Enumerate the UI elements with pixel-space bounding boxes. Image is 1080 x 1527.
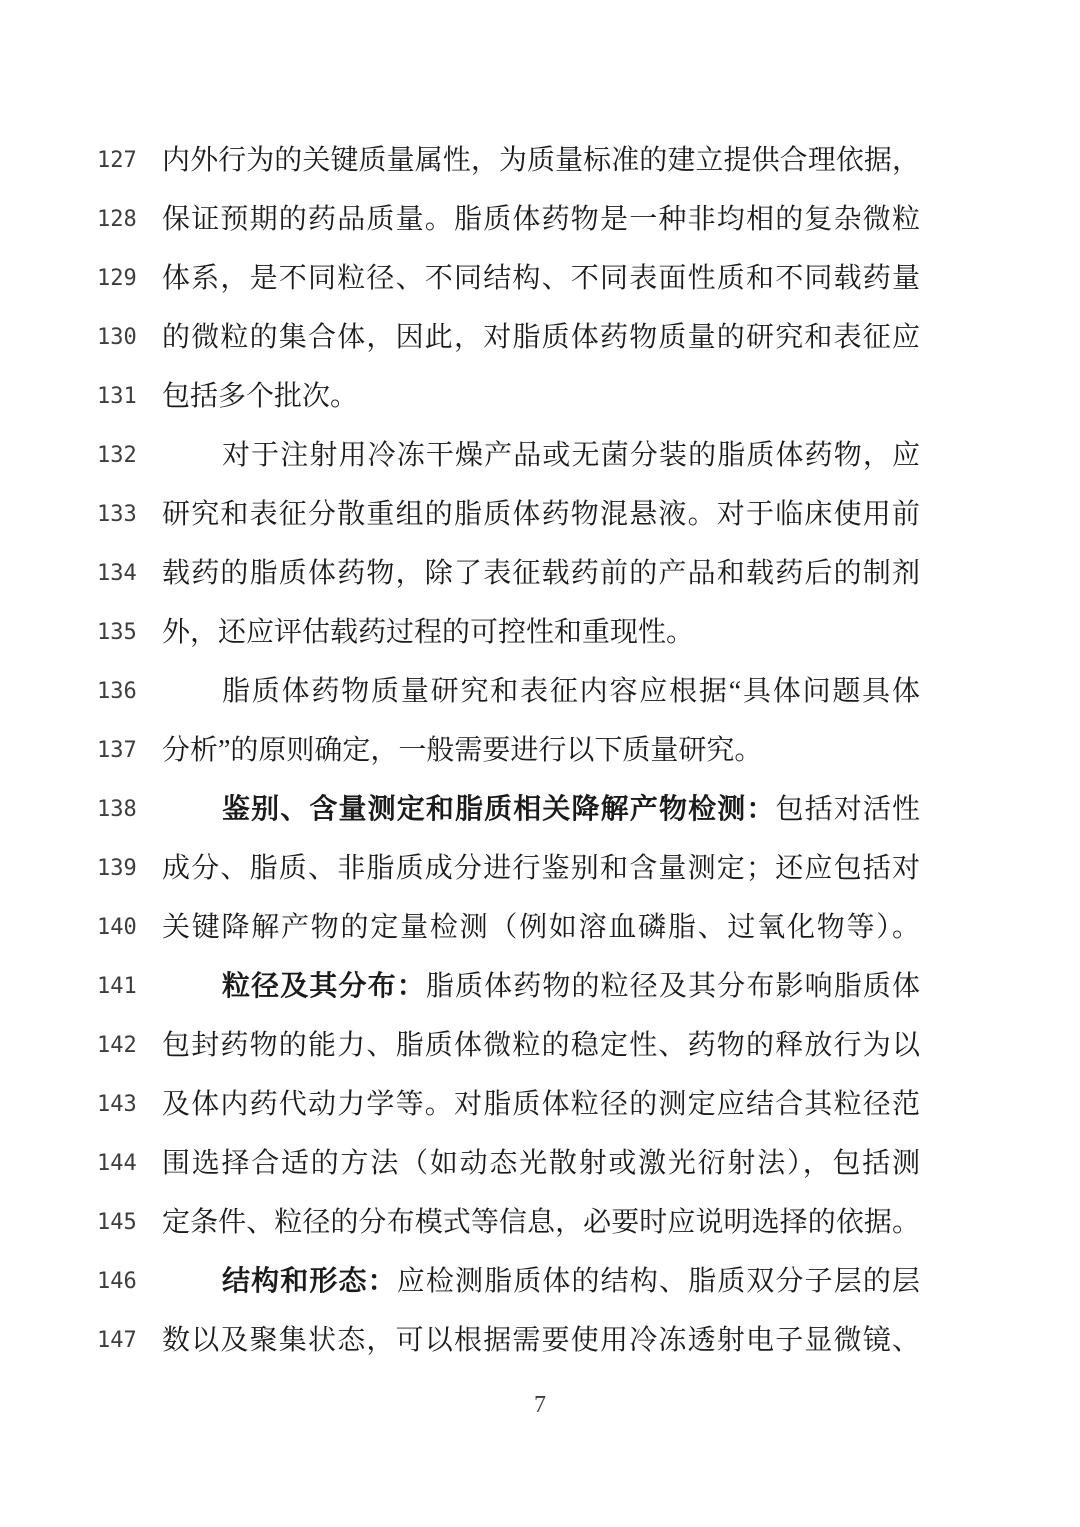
line-number: 132 (97, 426, 137, 485)
line-text: 脂质体药物质量研究和表征内容应根据“具体问题具体 (162, 662, 920, 721)
text-segment: 定条件、粒径的分布模式等信息，必要时应说明选择的依据。 (162, 1207, 920, 1238)
line-row: 141粒径及其分布：脂质体药物的粒径及其分布影响脂质体 (0, 957, 1080, 1016)
line-text: 鉴别、含量测定和脂质相关降解产物检测：包括对活性 (162, 780, 920, 839)
line-text: 包括多个批次。 (162, 367, 920, 426)
line-row: 142包封药物的能力、脂质体微粒的稳定性、药物的释放行为以 (0, 1016, 1080, 1075)
line-text: 载药的脂质体药物，除了表征载药前的产品和载药后的制剂 (162, 544, 920, 603)
line-row: 144围选择合适的方法（如动态光散射或激光衍射法），包括测 (0, 1134, 1080, 1193)
line-row: 131包括多个批次。 (0, 367, 1080, 426)
text-segment: 包封药物的能力、脂质体微粒的稳定性、药物的释放行为以 (162, 1030, 920, 1061)
line-number: 145 (97, 1193, 137, 1252)
line-number: 130 (97, 308, 137, 367)
line-text: 外，还应评估载药过程的可控性和重现性。 (162, 603, 920, 662)
line-number: 138 (97, 780, 137, 839)
line-number: 142 (97, 1016, 137, 1075)
line-row: 139成分、脂质、非脂质成分进行鉴别和含量测定；还应包括对 (0, 839, 1080, 898)
line-number: 134 (97, 544, 137, 603)
line-row: 135外，还应评估载药过程的可控性和重现性。 (0, 603, 1080, 662)
text-segment: 体系，是不同粒径、不同结构、不同表面性质和不同载药量 (162, 263, 920, 294)
line-text: 的微粒的集合体，因此，对脂质体药物质量的研究和表征应 (162, 308, 920, 367)
bold-heading: 粒径及其分布： (222, 971, 426, 1002)
line-text: 包封药物的能力、脂质体微粒的稳定性、药物的释放行为以 (162, 1016, 920, 1075)
line-number: 133 (97, 485, 137, 544)
line-number: 140 (97, 898, 137, 957)
text-segment: 及体内药代动力学等。对脂质体粒径的测定应结合其粒径范 (162, 1089, 920, 1120)
text-segment: 关键降解产物的定量检测（例如溶血磷脂、过氧化物等）。 (162, 912, 920, 943)
line-text: 体系，是不同粒径、不同结构、不同表面性质和不同载药量 (162, 249, 920, 308)
text-segment: 数以及聚集状态，可以根据需要使用冷冻透射电子显微镜、 (162, 1325, 920, 1356)
line-row: 133研究和表征分散重组的脂质体药物混悬液。对于临床使用前 (0, 485, 1080, 544)
text-segment: 脂质体药物质量研究和表征内容应根据“具体问题具体 (222, 676, 920, 707)
line-number: 127 (97, 131, 137, 190)
document-body: 127内外行为的关键质量属性，为质量标准的建立提供合理依据，128保证预期的药品… (0, 131, 1080, 1370)
page-number: 7 (0, 1392, 1080, 1419)
line-row: 146结构和形态：应检测脂质体的结构、脂质双分子层的层 (0, 1252, 1080, 1311)
line-number: 135 (97, 603, 137, 662)
text-segment: 保证预期的药品质量。脂质体药物是一种非均相的复杂微粒 (162, 204, 920, 235)
line-number: 146 (97, 1252, 137, 1311)
line-row: 137分析”的原则确定，一般需要进行以下质量研究。 (0, 721, 1080, 780)
line-text: 定条件、粒径的分布模式等信息，必要时应说明选择的依据。 (162, 1193, 920, 1252)
line-number: 129 (97, 249, 137, 308)
line-text: 研究和表征分散重组的脂质体药物混悬液。对于临床使用前 (162, 485, 920, 544)
line-number: 143 (97, 1075, 137, 1134)
line-row: 128保证预期的药品质量。脂质体药物是一种非均相的复杂微粒 (0, 190, 1080, 249)
line-row: 147数以及聚集状态，可以根据需要使用冷冻透射电子显微镜、 (0, 1311, 1080, 1370)
text-segment: 内外行为的关键质量属性，为质量标准的建立提供合理依据， (162, 145, 920, 176)
line-row: 138鉴别、含量测定和脂质相关降解产物检测：包括对活性 (0, 780, 1080, 839)
line-row: 136脂质体药物质量研究和表征内容应根据“具体问题具体 (0, 662, 1080, 721)
line-text: 围选择合适的方法（如动态光散射或激光衍射法），包括测 (162, 1134, 920, 1193)
line-text: 结构和形态：应检测脂质体的结构、脂质双分子层的层 (162, 1252, 920, 1311)
line-row: 130的微粒的集合体，因此，对脂质体药物质量的研究和表征应 (0, 308, 1080, 367)
line-row: 145定条件、粒径的分布模式等信息，必要时应说明选择的依据。 (0, 1193, 1080, 1252)
text-segment: 成分、脂质、非脂质成分进行鉴别和含量测定；还应包括对 (162, 853, 920, 884)
line-text: 对于注射用冷冻干燥产品或无菌分装的脂质体药物，应 (162, 426, 920, 485)
line-row: 134载药的脂质体药物，除了表征载药前的产品和载药后的制剂 (0, 544, 1080, 603)
text-segment: 分析”的原则确定，一般需要进行以下质量研究。 (162, 735, 762, 766)
line-row: 127内外行为的关键质量属性，为质量标准的建立提供合理依据， (0, 131, 1080, 190)
line-text: 分析”的原则确定，一般需要进行以下质量研究。 (162, 721, 920, 780)
line-number: 147 (97, 1311, 137, 1370)
line-row: 132对于注射用冷冻干燥产品或无菌分装的脂质体药物，应 (0, 426, 1080, 485)
text-segment: 脂质体药物的粒径及其分布影响脂质体 (426, 971, 920, 1002)
line-text: 保证预期的药品质量。脂质体药物是一种非均相的复杂微粒 (162, 190, 920, 249)
line-number: 131 (97, 367, 137, 426)
text-segment: 包括多个批次。 (162, 381, 358, 412)
text-segment: 载药的脂质体药物，除了表征载药前的产品和载药后的制剂 (162, 558, 920, 589)
text-segment: 应检测脂质体的结构、脂质双分子层的层 (397, 1266, 920, 1297)
line-text: 及体内药代动力学等。对脂质体粒径的测定应结合其粒径范 (162, 1075, 920, 1134)
line-number: 141 (97, 957, 137, 1016)
line-number: 137 (97, 721, 137, 780)
text-segment: 包括对活性 (775, 794, 920, 825)
line-text: 关键降解产物的定量检测（例如溶血磷脂、过氧化物等）。 (162, 898, 920, 957)
bold-heading: 结构和形态： (222, 1266, 397, 1297)
line-text: 粒径及其分布：脂质体药物的粒径及其分布影响脂质体 (162, 957, 920, 1016)
bold-heading: 鉴别、含量测定和脂质相关降解产物检测： (222, 794, 775, 825)
text-segment: 的微粒的集合体，因此，对脂质体药物质量的研究和表征应 (162, 322, 920, 353)
line-text: 数以及聚集状态，可以根据需要使用冷冻透射电子显微镜、 (162, 1311, 920, 1370)
document-page: 127内外行为的关键质量属性，为质量标准的建立提供合理依据，128保证预期的药品… (0, 0, 1080, 1527)
line-row: 140关键降解产物的定量检测（例如溶血磷脂、过氧化物等）。 (0, 898, 1080, 957)
line-number: 136 (97, 662, 137, 721)
line-row: 143及体内药代动力学等。对脂质体粒径的测定应结合其粒径范 (0, 1075, 1080, 1134)
text-segment: 对于注射用冷冻干燥产品或无菌分装的脂质体药物，应 (222, 440, 920, 471)
line-row: 129体系，是不同粒径、不同结构、不同表面性质和不同载药量 (0, 249, 1080, 308)
text-segment: 研究和表征分散重组的脂质体药物混悬液。对于临床使用前 (162, 499, 920, 530)
line-number: 144 (97, 1134, 137, 1193)
line-number: 128 (97, 190, 137, 249)
line-number: 139 (97, 839, 137, 898)
text-segment: 围选择合适的方法（如动态光散射或激光衍射法），包括测 (162, 1148, 920, 1179)
text-segment: 外，还应评估载药过程的可控性和重现性。 (162, 617, 694, 648)
line-text: 成分、脂质、非脂质成分进行鉴别和含量测定；还应包括对 (162, 839, 920, 898)
line-text: 内外行为的关键质量属性，为质量标准的建立提供合理依据， (162, 131, 920, 190)
